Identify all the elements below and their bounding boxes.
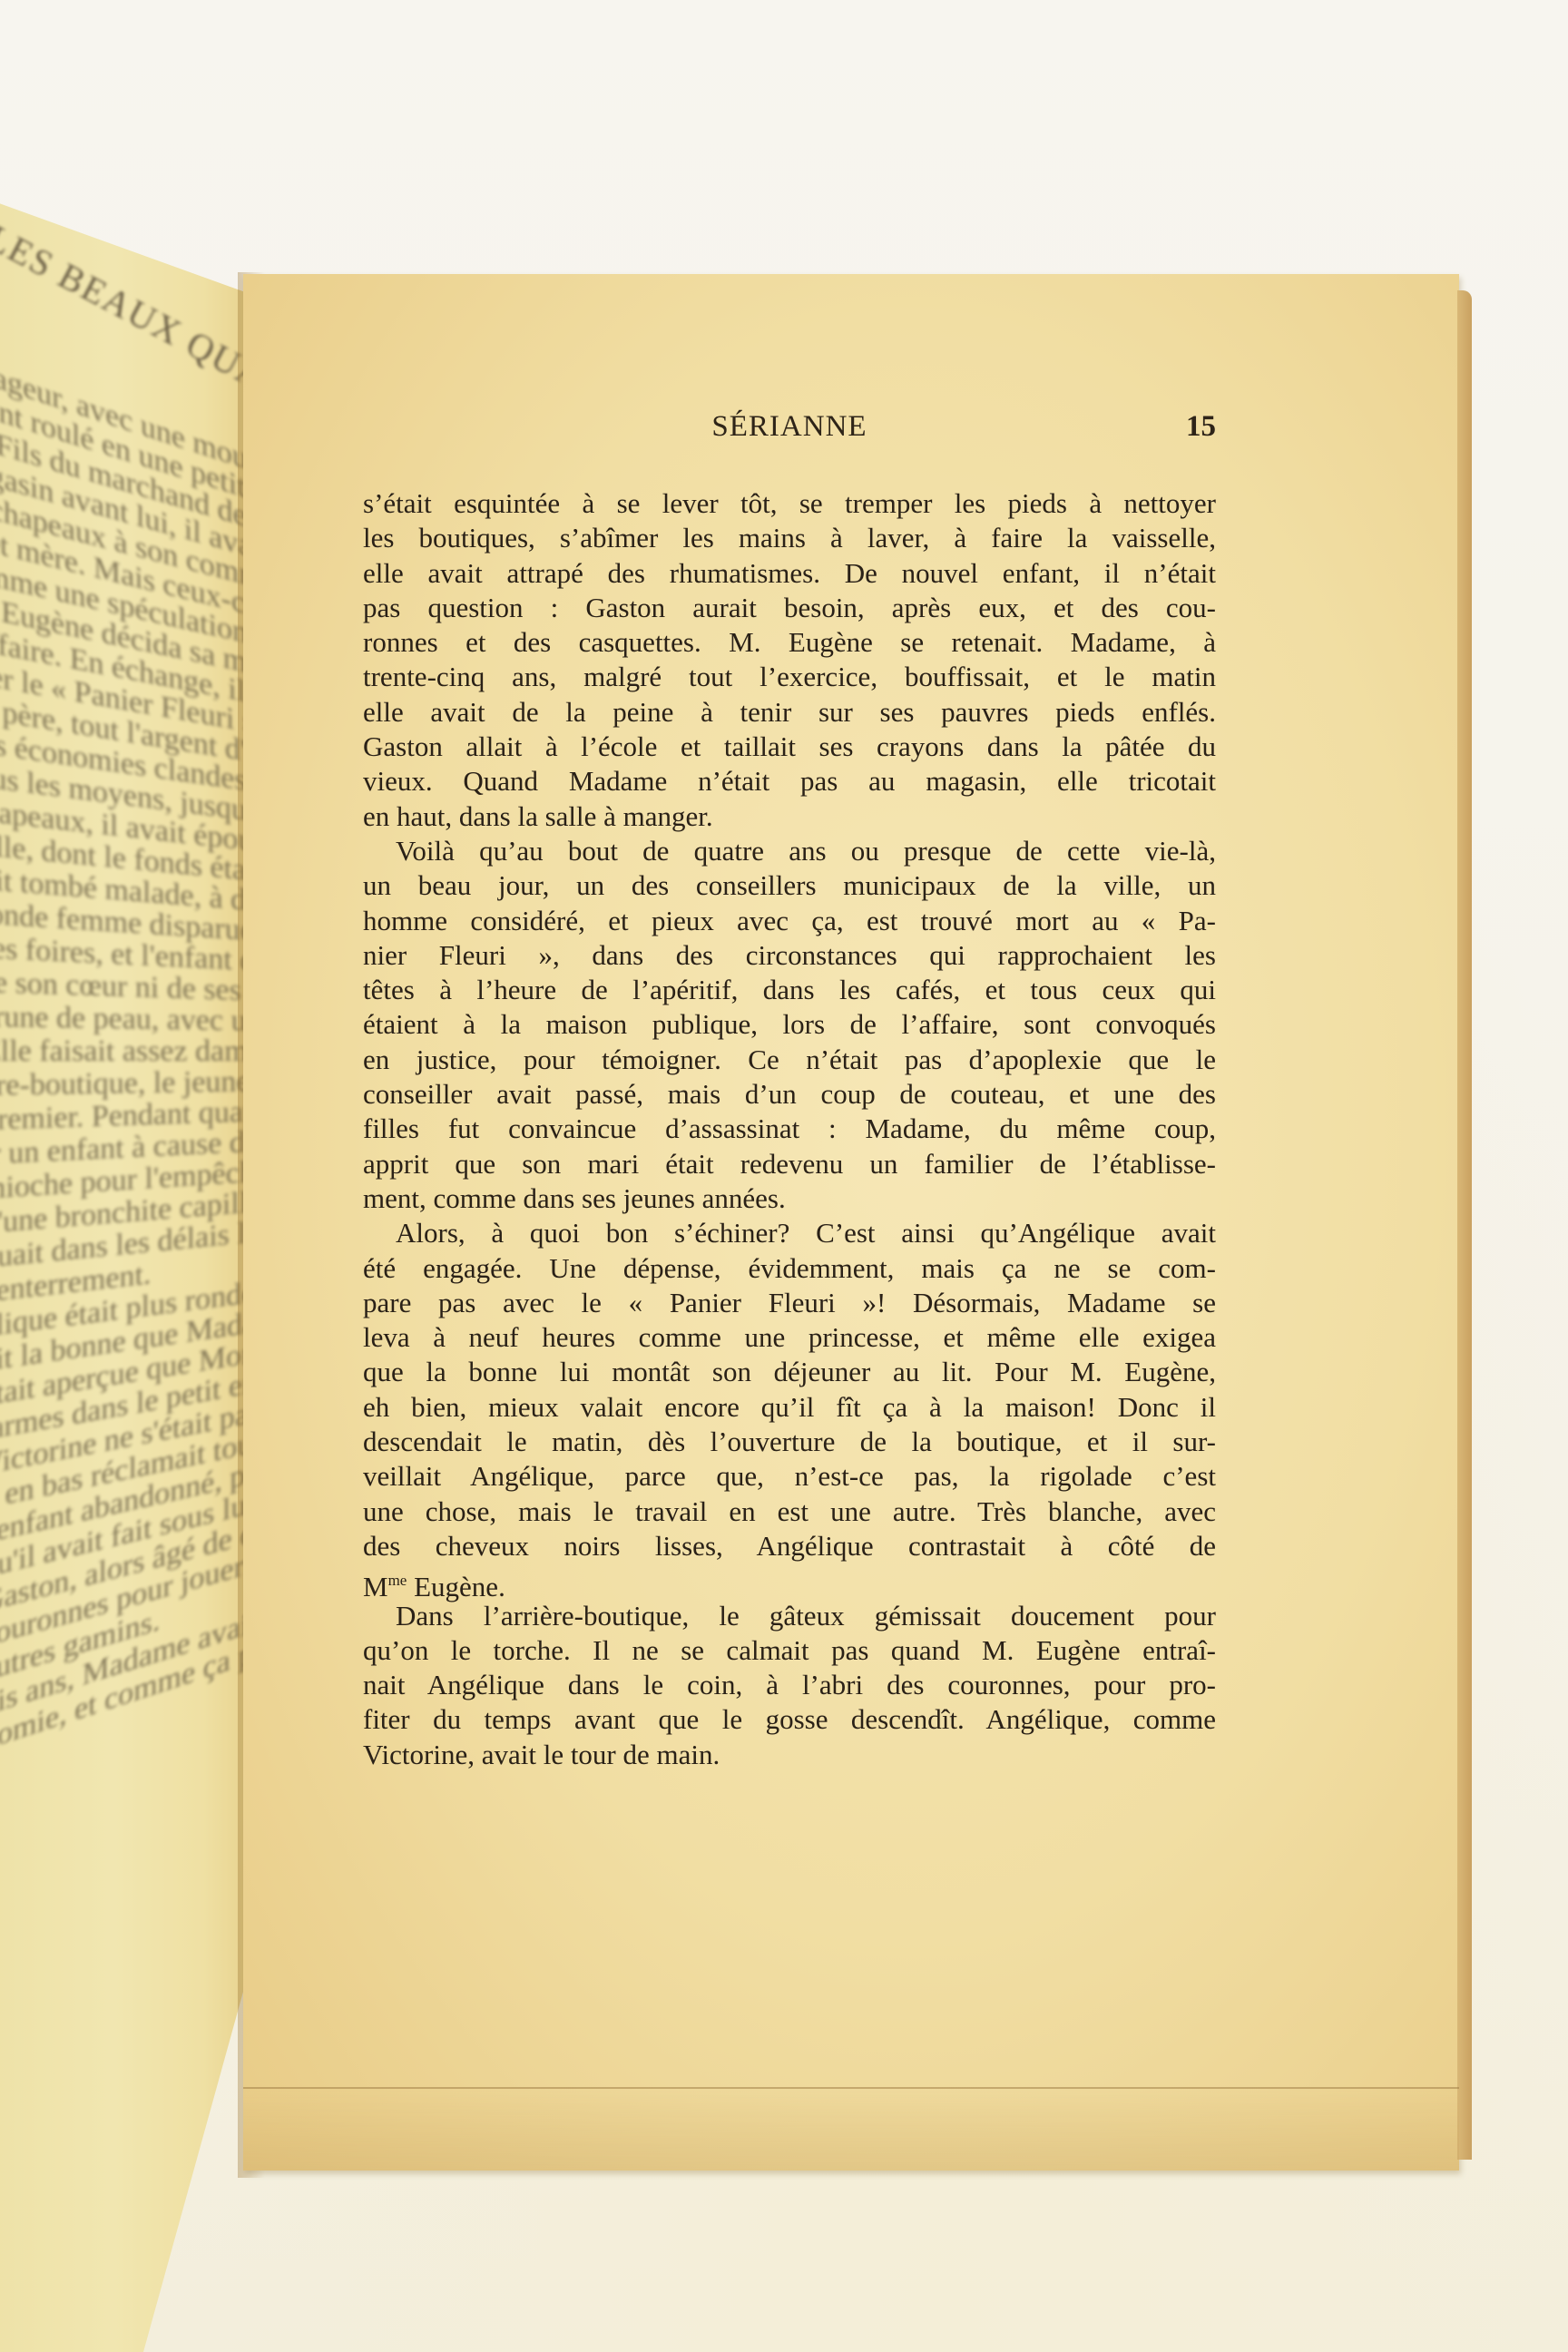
- chapter-title: SÉRIANNE: [363, 410, 1216, 444]
- deckle-edge: [1457, 290, 1472, 2160]
- text-line: filles fut convaincue d’assassinat : Mad…: [363, 1112, 1216, 1146]
- text-line: homme considéré, et pieux avec ça, est t…: [363, 904, 1216, 938]
- text-line: Dans l’arrière-boutique, le gâteux gémis…: [363, 1599, 1216, 1633]
- text-line: qu’on le torche. Il ne se calmait pas qu…: [363, 1633, 1216, 1668]
- paragraph: Alors, à quoi bon s’échiner? C’est ainsi…: [363, 1216, 1216, 1598]
- page-number: 15: [1186, 410, 1216, 444]
- paragraph: s’était esquintée à se lever tôt, se tre…: [363, 486, 1216, 834]
- text-line: nier Fleuri », dans des circonstances qu…: [363, 938, 1216, 973]
- paragraph: Dans l’arrière-boutique, le gâteux gémis…: [363, 1599, 1216, 1772]
- text-line: s’était esquintée à se lever tôt, se tre…: [363, 486, 1216, 521]
- text-line: leva à neuf heures comme une princesse, …: [363, 1320, 1216, 1355]
- text-line: Victorine, avait le tour de main.: [363, 1738, 1216, 1772]
- text-line: une chose, mais le travail en est une au…: [363, 1494, 1216, 1529]
- left-text-line: Elle faisait assez dame. On avait logé: [0, 1034, 254, 1069]
- text-line: têtes à l’heure de l’apéritif, dans les …: [363, 973, 1216, 1007]
- text-line: Gaston allait à l’école et taillait ses …: [363, 730, 1216, 764]
- text-line: en haut, dans la salle à manger.: [363, 799, 1216, 834]
- text-line: fiter du temps avant que le gosse descen…: [363, 1702, 1216, 1737]
- text-line: étaient à la maison publique, lors de l’…: [363, 1007, 1216, 1042]
- text-line: des cheveux noirs lisses, Angélique cont…: [363, 1529, 1216, 1563]
- left-page: LES BEAUX QUARTIERS le, rageur, avec une…: [0, 191, 263, 2352]
- text-line: pas question : Gaston aurait besoin, apr…: [363, 591, 1216, 625]
- right-page: SÉRIANNE 15 s’était esquintée à se lever…: [243, 274, 1459, 2171]
- text-line: pare pas avec le « Panier Fleuri »! Déso…: [363, 1286, 1216, 1320]
- body-text: s’était esquintée à se lever tôt, se tre…: [363, 486, 1216, 1772]
- text-line: eh bien, mieux valait encore qu’il fît ç…: [363, 1390, 1216, 1425]
- text-line: elle avait attrapé des rhumatismes. De n…: [363, 556, 1216, 591]
- text-line: les boutiques, s’abîmer les mains à lave…: [363, 521, 1216, 555]
- text-line: Mme Eugène.: [363, 1563, 1216, 1598]
- text-line: conseiller avait passé, mais d’un coup d…: [363, 1077, 1216, 1112]
- text-line: été engagée. Une dépense, évidemment, ma…: [363, 1251, 1216, 1286]
- text-line: que la bonne lui montât son déjeuner au …: [363, 1355, 1216, 1389]
- text-line: ment, comme dans ses jeunes années.: [363, 1181, 1216, 1216]
- text-line: Voilà qu’au bout de quatre ans ou presqu…: [363, 834, 1216, 868]
- text-line: apprit que son mari était redevenu un fa…: [363, 1147, 1216, 1181]
- text-line: descendait le matin, dès l’ouverture de …: [363, 1425, 1216, 1459]
- text-line: Alors, à quoi bon s’échiner? C’est ainsi…: [363, 1216, 1216, 1250]
- running-head: SÉRIANNE 15: [363, 410, 1216, 446]
- paragraph: Voilà qu’au bout de quatre ans ou presqu…: [363, 834, 1216, 1216]
- left-text-line: erune de peau, avec une propension: [0, 1000, 254, 1039]
- text-line: veillait Angélique, parce que, n’est-ce …: [363, 1459, 1216, 1494]
- text-line: ronnes et des casquettes. M. Eugène se r…: [363, 625, 1216, 660]
- text-line: nait Angélique dans le coin, à l’abri de…: [363, 1668, 1216, 1702]
- text-line: en justice, pour témoigner. Ce n’était p…: [363, 1043, 1216, 1077]
- text-line: vieux. Quand Madame n’était pas au magas…: [363, 764, 1216, 799]
- text-line: elle avait de la peine à tenir sur ses p…: [363, 695, 1216, 730]
- left-page-text: le, rageur, avec une moustacheement roul…: [0, 345, 254, 1759]
- text-line: trente-cinq ans, malgré tout l’exercice,…: [363, 660, 1216, 694]
- text-line: un beau jour, un des conseillers municip…: [363, 868, 1216, 903]
